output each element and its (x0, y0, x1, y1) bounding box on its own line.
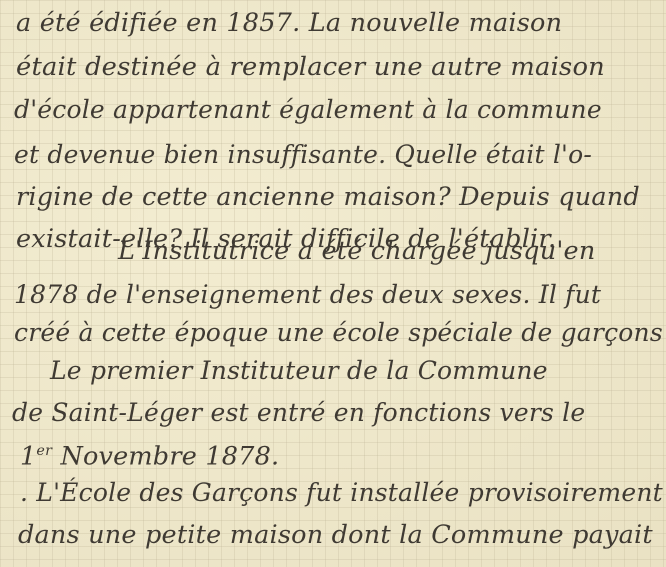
text-line-3: d'école appartenant également à la commu… (14, 95, 602, 125)
date-line: 1er Novembre 1878. (20, 436, 279, 471)
date-day-superscript: er (36, 443, 52, 459)
date-rest: Novembre 1878. (52, 441, 279, 470)
text-line-8: 1878 de l'enseignement des deux sexes. I… (14, 280, 601, 310)
text-line-14: dans une petite maison dont la Commune p… (18, 520, 653, 550)
text-line-9: créé à cette époque une école spéciale d… (14, 318, 663, 348)
text-line-2: était destinée à remplacer une autre mai… (16, 52, 605, 82)
paragraph-start-instituteur: Le premier Instituteur de la Commune (50, 356, 548, 386)
paragraph-start-ecole: . L'École des Garçons fut installée prov… (20, 478, 663, 508)
date-day: 1 (20, 441, 36, 470)
text-line-4: et devenue bien insuffisante. Quelle éta… (14, 140, 592, 170)
text-line-1: a été édifiée en 1857. La nouvelle maiso… (16, 8, 562, 38)
text-line-5: rigine de cette ancienne maison? Depuis … (16, 182, 640, 212)
handwritten-page: a été édifiée en 1857. La nouvelle maiso… (0, 0, 666, 567)
paragraph-start-institutrice: L'Institutrice a été chargée jusqu'en (118, 236, 595, 266)
text-line-11: de Saint-Léger est entré en fonctions ve… (12, 398, 585, 428)
